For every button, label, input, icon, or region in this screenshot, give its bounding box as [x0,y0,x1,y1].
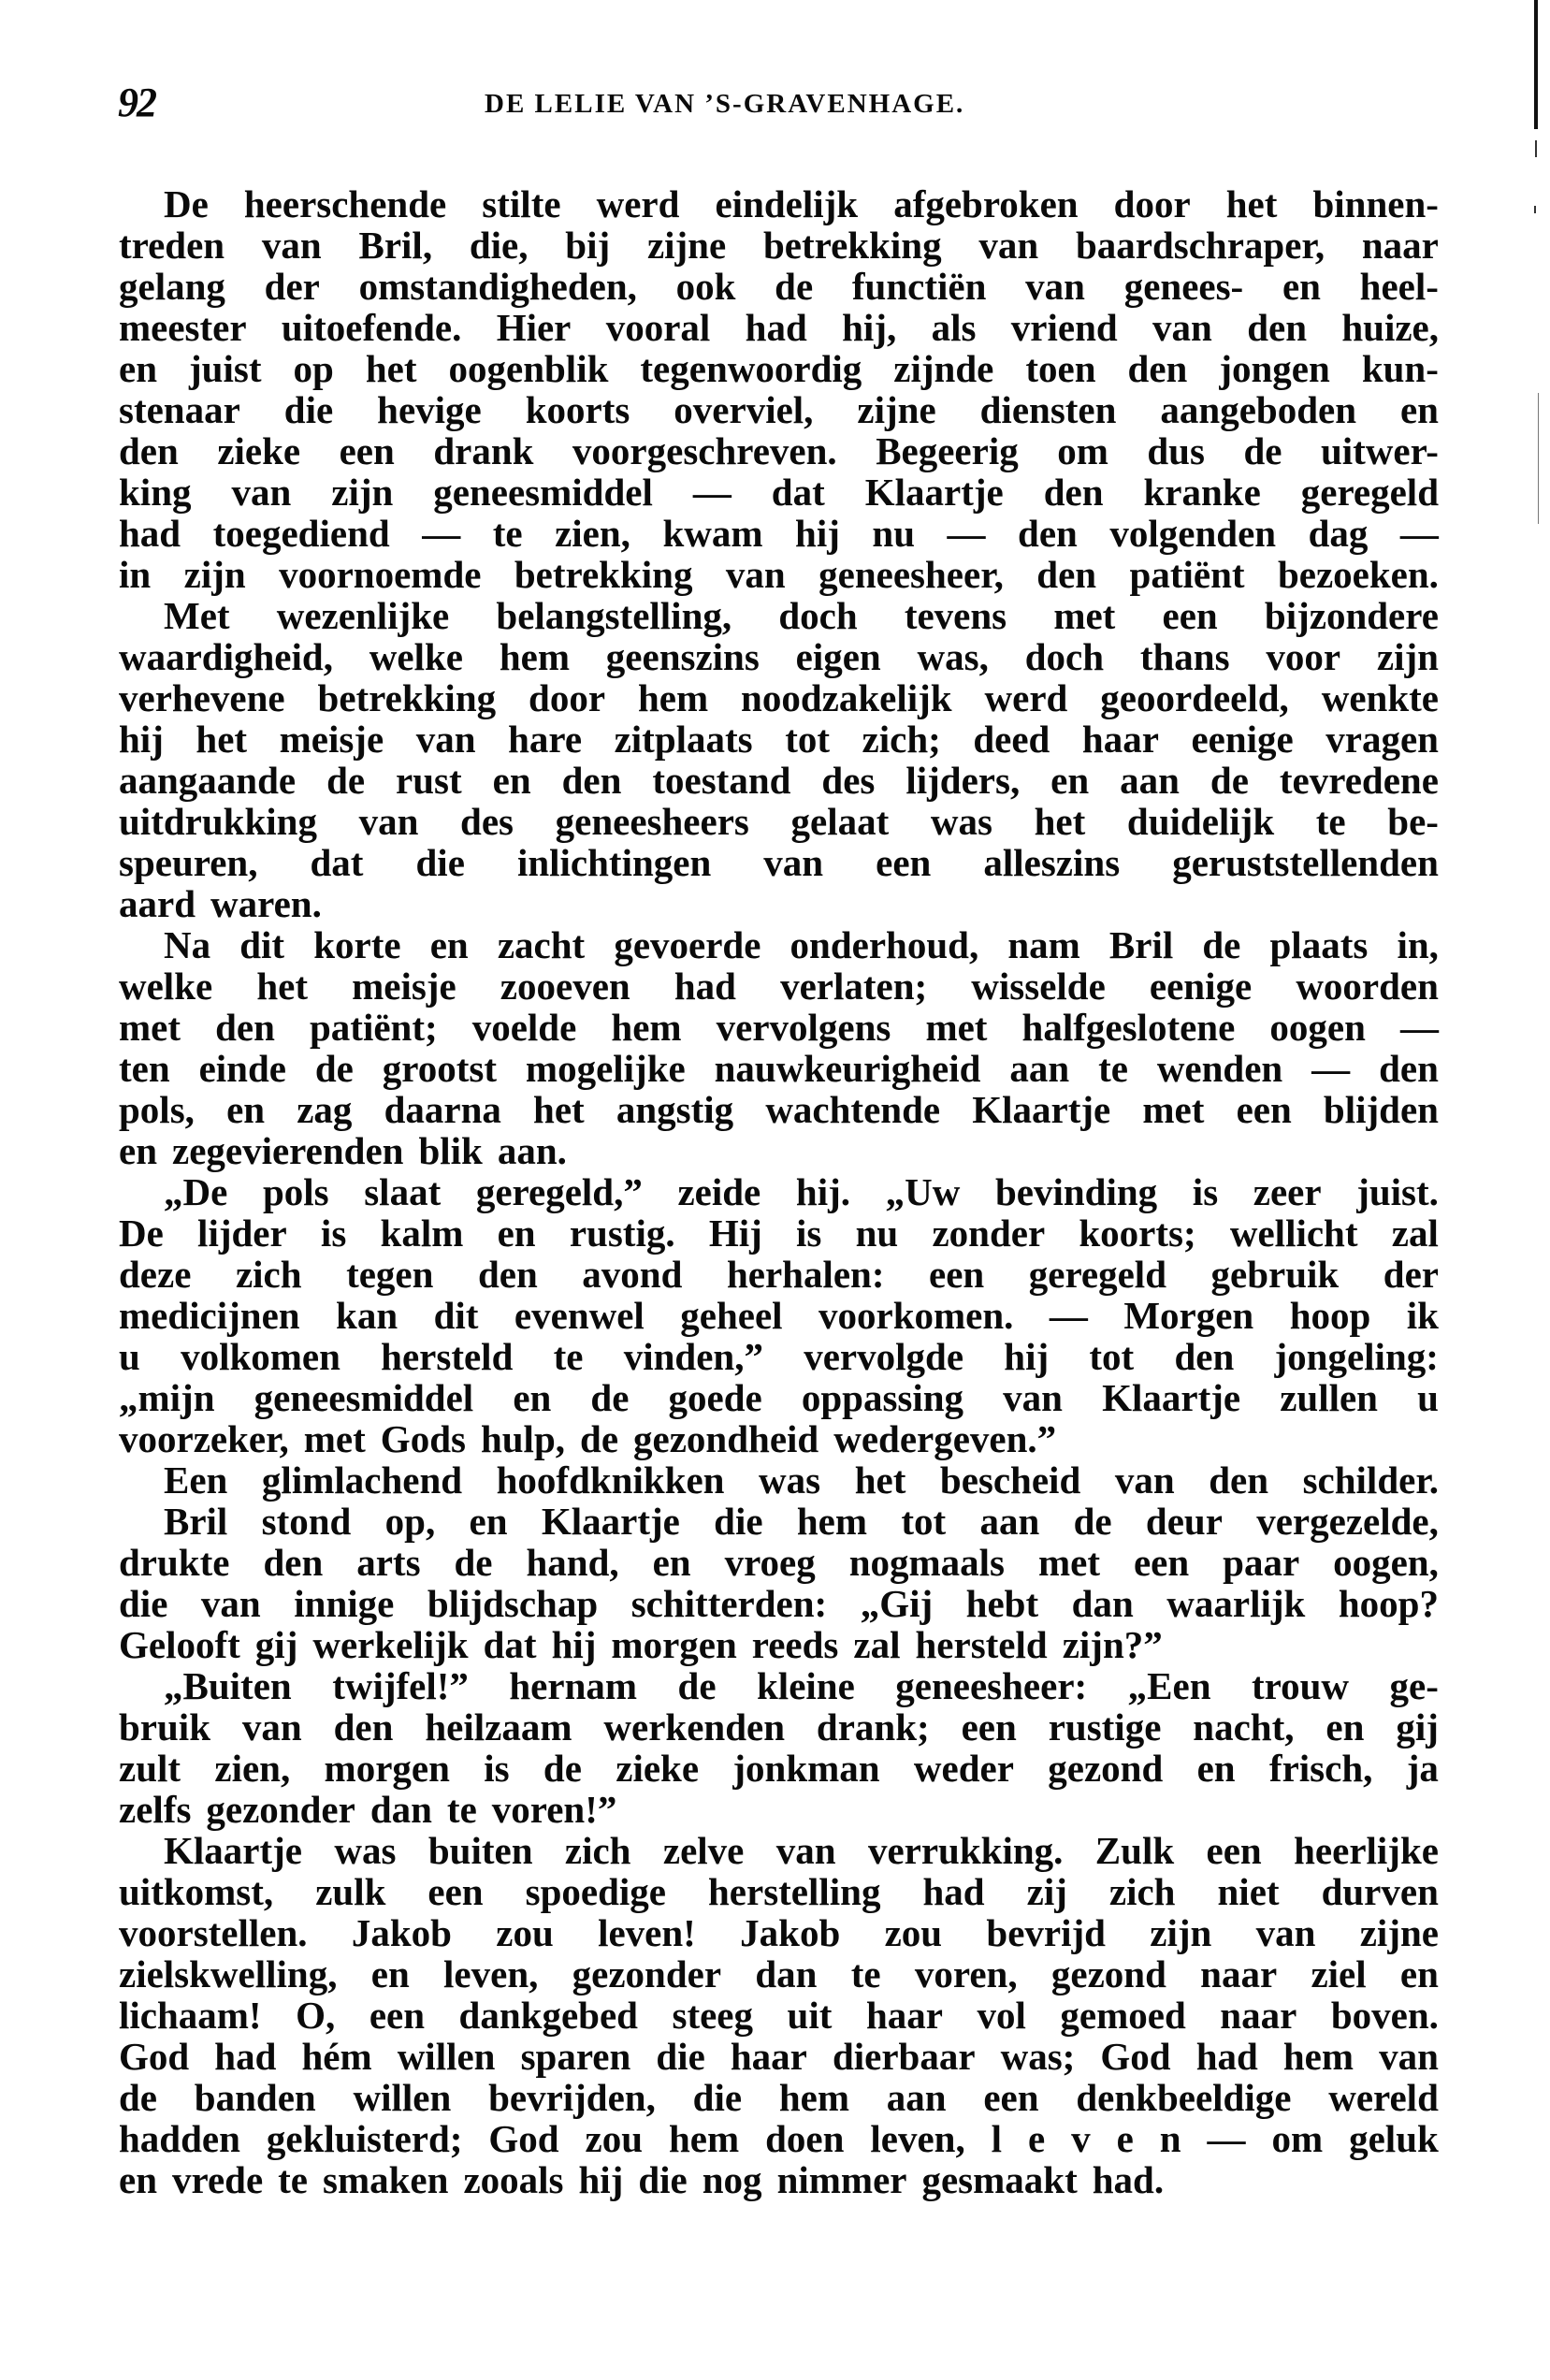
word: wenkte [1322,677,1439,718]
word: haar [866,1995,943,2036]
word: van [1379,2036,1439,2077]
word: dat [311,842,364,883]
word: te [1316,801,1346,842]
text-line: denziekeeendrankvoorgeschreven.Begeerigo… [119,430,1439,472]
page-edge-dash [1538,393,1539,524]
word: wedergeven.” [833,1418,1056,1459]
word: zij [1027,1871,1067,1912]
word: smaken [323,2159,448,2200]
word: wisselde [971,965,1106,1007]
word: belangstelling, [496,595,732,636]
word: reeds [752,1624,839,1665]
text-line: dievaninnigeblijdschapschitterden:„Gijhe… [119,1583,1439,1624]
word: u [1417,1377,1439,1418]
word: des [460,801,514,842]
word: juist. [1356,1171,1439,1212]
word: wenden [1157,1048,1282,1089]
word: bezoeken. [1278,554,1439,595]
word: geregeld [1301,472,1439,513]
word: hersteld [916,1624,1048,1665]
word: deze [119,1254,191,1295]
word: durven [1322,1871,1439,1912]
word: om [1272,2118,1324,2159]
word: geneesmiddel [433,472,653,513]
word: oppassing [802,1377,963,1418]
word: bruik [119,1706,210,1748]
word: dag [1309,513,1369,554]
word: geheel [680,1295,782,1336]
word: geruststellenden [1172,842,1439,883]
word: gezond [1051,1953,1166,1995]
word: tegen [346,1254,433,1295]
word: Begeerig [876,430,1019,472]
word: een [1163,595,1218,636]
word: den [1379,1048,1439,1089]
word: die, [470,225,529,266]
text-line: druktedenartsdehand,envroegnogmaalsmetee… [119,1542,1439,1583]
word: korte [313,924,400,965]
text-line: „Buitentwijfel!”hernamdekleinegeneesheer… [119,1665,1439,1706]
word: mogelijke [526,1048,686,1089]
word: stenaar [119,389,240,430]
word: Bril, [359,225,433,266]
word: kan [336,1295,398,1336]
word: overviel, [674,389,813,430]
word: nog [703,2159,762,2200]
word: glimlachend [262,1459,462,1501]
text-line: uitdrukkingvandesgeneesheersgelaatwashet… [119,801,1439,842]
word: uitwer- [1321,430,1439,472]
word: dankgebed [459,1995,638,2036]
word: werd [597,183,680,225]
word: nimmer [777,2159,907,2200]
word: zijne [857,389,935,430]
word: die [714,1501,762,1542]
word: ziel [1311,1953,1366,1995]
word: zich [565,1830,631,1871]
text-line: dezezichtegendenavondherhalen:eengeregel… [119,1254,1439,1295]
word: den [1247,307,1307,348]
word: hij. [796,1171,850,1212]
word: die [638,2159,687,2200]
word: leven, [870,2118,964,2159]
word: zijne [1360,1912,1439,1953]
word: een [1237,1089,1292,1130]
word: drank [433,430,533,472]
word: verlaten; [780,965,927,1007]
word: des [821,760,875,801]
word: te [493,513,523,554]
word: pols [263,1171,329,1212]
word: geluk [1349,2118,1439,2159]
word: voorkomen. [818,1295,1013,1336]
word: den [119,430,179,472]
word: lijder [197,1212,287,1254]
word: wezenlijke [277,595,449,636]
word: is [796,1212,821,1254]
word: be- [1387,801,1439,842]
word: den [478,1254,538,1295]
word: bijzondere [1265,595,1439,636]
text-line: Eenglimlachendhoofdknikkenwashetbescheid… [119,1459,1439,1501]
word: dan [755,1953,817,1995]
word: is [321,1212,346,1254]
text-line: hadtoegediend—tezien,kwamhijnu—denvolgen… [119,513,1439,554]
word: dierbaar [833,2036,976,2077]
word: rustig. [570,1212,675,1254]
word: geneesheers [556,801,749,842]
word: frisch, [1269,1748,1372,1789]
word: zult [119,1748,181,1789]
word: gezondheid [633,1418,818,1459]
word: ja [1407,1748,1439,1789]
word: waardigheid, [119,636,333,677]
text-line: aangaandederustendentoestanddeslijders,e… [119,760,1439,801]
word: genees- [1124,266,1244,307]
word: heilzaam [425,1706,572,1748]
word: vooral [606,307,711,348]
word: en [653,1542,691,1583]
text-line: welkehetmeisjezooevenhadverlaten;wisseld… [119,965,1439,1007]
word: hadden [119,2118,240,2159]
word: v [1071,2118,1091,2159]
word: hij [552,1624,597,1665]
word: eigen [796,636,881,677]
word: God [488,2118,558,2159]
text-line: Naditkorteenzachtgevoerdeonderhoud,namBr… [119,924,1439,965]
word: zieke [217,430,300,472]
word: gij [255,1624,298,1665]
word: Klaartje [1102,1377,1240,1418]
word: zijne [647,225,726,266]
text-line: uvolkomenhersteldtevinden,”vervolgdehijt… [119,1336,1439,1377]
word: vroeg [725,1542,816,1583]
text-line: tredenvanBril,die,bijzijnebetrekkingvanb… [119,225,1439,266]
word: van [763,842,823,883]
word: den [1128,348,1188,389]
word: meester [119,307,247,348]
word: den [334,1706,394,1748]
word: was, [918,636,989,677]
word: zelfs [119,1789,191,1830]
word: hoop [1290,1295,1371,1336]
word: heel- [1360,266,1439,307]
text-line: Deheerschendestiltewerdeindelijkafgebrok… [119,183,1439,225]
word: leven, [443,1953,538,1995]
word: nauwkeurigheid [715,1048,981,1089]
word: hoop? [1339,1583,1439,1624]
word: zien, [555,513,630,554]
word: met [1142,1089,1204,1130]
word: functiën [852,266,987,307]
word: hem [797,1501,867,1542]
word: hulp, [481,1418,565,1459]
page-edge-dash [1535,140,1537,157]
word: onderhoud, [790,924,979,965]
word: e [1028,2118,1045,2159]
word: het [256,965,308,1007]
word: kun- [1362,348,1439,389]
word: steeg [673,1995,754,2036]
word: einde [199,1048,286,1089]
word: was [334,1830,396,1871]
word: is [484,1748,509,1789]
word: betrekking [318,677,497,718]
word: morgen [325,1748,450,1789]
word: hand, [526,1542,618,1583]
word: zou [496,1912,554,1953]
word: bevrijd [986,1912,1106,1953]
text-line: metdenpatiënt;voeldehemvervolgensmethalf… [119,1007,1439,1048]
word: koorts; [1079,1212,1195,1254]
word: eindelijk [715,183,858,225]
word: morgen [611,1624,736,1665]
word: nu [856,1212,899,1254]
word: en [226,1089,265,1130]
word: rustige [1049,1706,1162,1748]
word: den [1018,513,1078,554]
word: Hij [709,1212,762,1254]
word: — [1400,513,1439,554]
word: Jakob [352,1912,452,1953]
word: zacht [498,924,585,965]
text-line: aardwaren. [119,883,1439,924]
text-line: hijhetmeisjevanharezitplaatstotzich;deed… [119,718,1439,760]
word: en [430,924,469,965]
word: de [455,1542,493,1583]
text-line: haddengekluisterd;Godzouhemdoenleven,lev… [119,2118,1439,2159]
word: Een [164,1459,227,1501]
word: spoedige [526,1871,666,1912]
text-line: gelangderomstandigheden,ookdefunctiënvan… [119,266,1439,307]
word: den [562,760,622,801]
word: drukte [119,1542,229,1583]
word: en [1050,760,1089,801]
word: en [498,1212,536,1254]
word: en [1282,266,1321,307]
word: was [931,801,992,842]
word: ge- [1390,1665,1439,1706]
word: de [775,266,813,307]
word: — [948,513,986,554]
word: Klaartje [164,1830,302,1871]
word: met [304,1418,366,1459]
word: een [427,1871,483,1912]
word: toegediend [213,513,390,554]
word: van [201,1583,261,1624]
word: aan [1009,1048,1069,1089]
word: herstelling [708,1871,880,1912]
word: dit [239,924,284,965]
word: en [470,1501,508,1542]
word: vragen [1325,718,1439,760]
word: van [359,801,419,842]
word: eenige [1150,965,1252,1007]
word: zegevierenden [172,1130,403,1171]
word: vrede [172,2159,263,2200]
word: plaats [1270,924,1369,965]
word: der [1383,1254,1439,1295]
text-line: Delijderiskalmenrustig.Hijisnuzonderkoor… [119,1212,1439,1254]
word: zelve [663,1830,744,1871]
word: deur [1146,1501,1223,1542]
word: de [678,1665,717,1706]
word: aan [1120,760,1180,801]
word: zijn [1377,636,1439,677]
word: willen [353,2077,451,2118]
word: had [119,513,181,554]
word: patiënt [1130,554,1245,595]
word: had. [1093,2159,1164,2200]
running-title: DE LELIE VAN ’S-GRAVENHAGE. [485,88,1057,120]
word: nacht, [1193,1706,1294,1748]
word: en [119,2159,157,2200]
word: toen [1025,348,1095,389]
text-line: „Depolsslaatgeregeld,”zeidehij.„Uwbevind… [119,1171,1439,1212]
word: en [1400,1953,1439,1995]
word: hare [508,718,582,760]
text-line: Godhadhémwillensparendiehaardierbaarwas;… [119,2036,1439,2077]
word: die [284,389,333,430]
word: nam [1007,924,1079,965]
word: aan [887,2077,947,2118]
word: zou [885,1912,943,1953]
word: hij, [842,307,896,348]
word: vinden,” [624,1336,763,1377]
word: dit [434,1295,479,1336]
word: kwam [662,513,762,554]
word: Met [164,595,230,636]
word: de [590,1377,629,1418]
word: het [196,718,247,760]
word: om [1057,430,1108,472]
word: geregeld,” [476,1171,643,1212]
word: ik [1407,1295,1439,1336]
word: Klaartje [865,472,1004,513]
word: „Buiten [164,1665,292,1706]
word: de [326,760,365,801]
word: — [1050,1295,1088,1336]
word: van [1003,1377,1063,1418]
word: Klaartje [542,1501,680,1542]
word: naar [1200,1953,1277,1995]
word: en [513,1377,551,1418]
word: en [119,348,157,389]
text-line: kingvanzijngeneesmiddel—datKlaartjedenkr… [119,472,1439,513]
word: lijders, [905,760,1020,801]
word: stilte [482,183,560,225]
text-line: enzegevierendenblikaan. [119,1130,1439,1171]
word: van [776,1830,836,1871]
word: grootst [383,1048,497,1089]
word: pols, [119,1089,195,1130]
word: die [119,1583,167,1624]
text-line: meesteruitoefende.Hiervooralhadhij,alsvr… [119,307,1439,348]
word: geoordeeld, [1100,677,1289,718]
word: uitkomst, [119,1871,273,1912]
word: werd [985,677,1068,718]
word: die [693,2077,742,2118]
word: zich [236,1254,302,1295]
word: — [1400,1007,1439,1048]
word: Zulk [1095,1830,1174,1871]
word: „Uw [886,1171,961,1212]
word: koorts [526,389,630,430]
word: „Gij [861,1583,933,1624]
word: bij [565,225,610,266]
word: omstandigheden, [359,266,637,307]
word: hem [779,2077,849,2118]
word: hem [669,2118,739,2159]
word: drank; [817,1706,930,1748]
word: aan [979,1501,1039,1542]
word: en [119,1130,157,1171]
word: n [1160,2118,1181,2159]
word: van [726,554,786,595]
word: door [529,677,605,718]
word: van [1115,1459,1175,1501]
word: de [1202,924,1240,965]
word: sparen [521,2036,631,2077]
word: gezonder [206,1789,355,1830]
word: vergezelde, [1256,1501,1439,1542]
word: en [1325,1706,1364,1748]
word: afgebroken [893,183,1078,225]
word: nogmaals [849,1542,1005,1583]
word: vervolgens [717,1007,891,1048]
word: te [1098,1048,1128,1089]
word: nu [872,513,915,554]
word: kranke [1143,472,1260,513]
word: een [983,2077,1038,2118]
word: als [932,307,977,348]
text-line: inzijnvoornoemdebetrekkingvangeneesheer,… [119,554,1439,595]
word: hersteld [381,1336,513,1377]
word: tevens [905,595,1007,636]
word: wereld [1328,2077,1439,2118]
text-line: debandenwillenbevrijden,diehemaaneendenk… [119,2077,1439,2118]
word: willen [398,2036,496,2077]
word: voorgeschreven. [572,430,837,472]
word: voren, [915,1953,1018,1995]
word: in, [1397,924,1438,965]
text-line: envredetesmakenzooalshijdienognimmergesm… [119,2159,1439,2200]
word: op [294,348,334,389]
word: den [1174,1336,1234,1377]
word: den [1036,554,1096,595]
word: is [1193,1171,1218,1212]
word: de [1243,430,1282,472]
word: met [119,1007,181,1048]
word: oogen [1269,1007,1366,1048]
word: en [1197,1748,1236,1789]
word: vol [977,1995,1025,2036]
word: avond [582,1254,682,1295]
page-edge-mark [1534,0,1538,129]
word: toestand [652,760,790,801]
word: trouw [1252,1665,1349,1706]
word: doch [1025,636,1104,677]
text-line: voorstellen.Jakobzouleven!Jakobzoubevrij… [119,1912,1439,1953]
word: blik [418,1130,482,1171]
text-line: Klaartjewasbuitenzichzelvevanverrukking.… [119,1830,1439,1871]
word: te [278,2159,308,2200]
text-line: zelfsgezonderdantevoren!” [119,1789,1439,1830]
word: die [656,2036,704,2077]
word: hem [611,1007,681,1048]
word: huize, [1341,307,1439,348]
word: den [215,1007,275,1048]
